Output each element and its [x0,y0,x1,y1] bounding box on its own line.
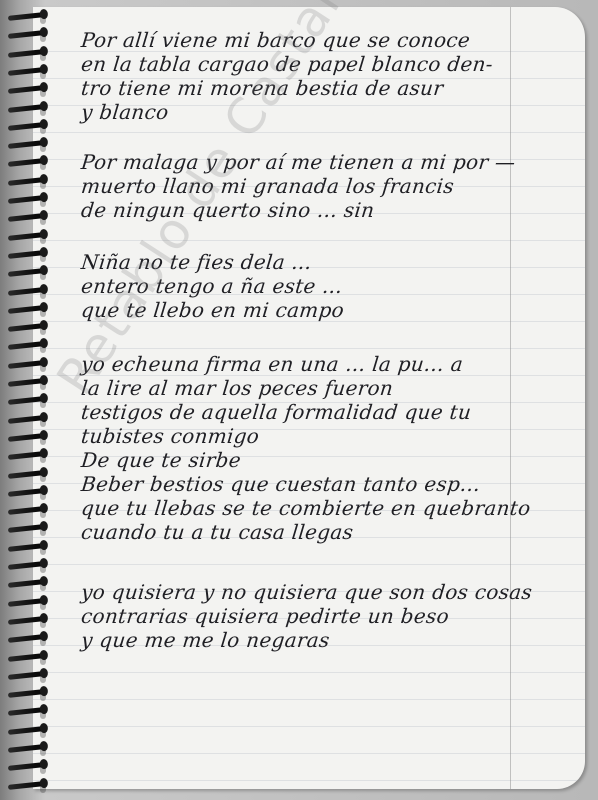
stanza: Niña no te fies dela ... entero tengo a … [80,250,580,322]
spiral-coil [8,708,44,717]
spiral-coil [8,104,44,113]
text-line: cuando tu a tu casa llegas [80,520,583,544]
text-line: testigos de aquella formalidad que tu [80,400,583,424]
spiral-coil [8,342,44,351]
text-line: Por malaga y por aí me tienen a mi por — [80,150,583,174]
spiral-coil [8,378,44,387]
spiral-binding [0,0,60,800]
text-line: yo quisiera y no quisiera que son dos co… [80,580,583,604]
spiral-coil [8,122,44,131]
spiral-coil [8,561,44,570]
spiral-coil [8,12,44,21]
spiral-coil [8,689,44,698]
text-line: De que te sirbe [80,448,583,472]
stanza: yo echeuna firma en una ... la pu... a l… [80,352,580,448]
spiral-coil [8,653,44,662]
text-line: tubistes conmigo [80,424,583,448]
spiral-coil [8,250,44,259]
text-line: contrarias quisiera pedirte un beso [80,604,583,628]
spiral-coil [8,287,44,296]
spiral-coil [8,726,44,735]
text-line: Beber bestios que cuestan tanto esp... [80,472,583,496]
spiral-coil [8,451,44,460]
spiral-coil [8,213,44,222]
text-line: Niña no te fies dela ... [80,250,583,274]
handwritten-text: Por allí viene mi barco que se conoce en… [80,28,580,652]
spiral-coil [8,195,44,204]
spiral-coil [8,85,44,94]
text-line: Por allí viene mi barco que se conoce [80,28,583,52]
spiral-coil [8,488,44,497]
text-line: tro tiene mi morena bestia de asur [80,76,583,100]
spiral-coil [8,177,44,186]
spiral-coil [8,396,44,405]
text-line: y que me me lo negaras [80,628,583,652]
spiral-coil [8,323,44,332]
spiral-coil [8,634,44,643]
spiral-coil [8,67,44,76]
spiral-coil [8,268,44,277]
spiral-coil [8,305,44,314]
spiral-coil [8,415,44,424]
text-line: muerto llano mi granada los francis [80,174,583,198]
spiral-coil [8,232,44,241]
spiral-coil [8,525,44,534]
stanza: De que te sirbe Beber bestios que cuesta… [80,448,580,544]
spiral-coil [8,616,44,625]
spiral-coil [8,49,44,58]
text-line: en la tabla cargao de papel blanco den- [80,52,583,76]
text-line: y blanco [80,100,583,124]
stanza: Por malaga y por aí me tienen a mi por —… [80,150,580,222]
spiral-coil [8,579,44,588]
stanza: Por allí viene mi barco que se conoce en… [80,28,580,124]
spiral-coil [8,360,44,369]
spiral-coil [8,159,44,168]
spiral-coil [8,671,44,680]
spiral-coil [8,470,44,479]
spiral-coil [8,781,44,790]
text-line: yo echeuna firma en una ... la pu... a [80,352,583,376]
spiral-coil [8,30,44,39]
spiral-coil [8,598,44,607]
spiral-coil [8,744,44,753]
spiral-coil [8,543,44,552]
stanza: yo quisiera y no quisiera que son dos co… [80,580,580,652]
spiral-coil [8,506,44,515]
text-line: la lire al mar los peces fueron [80,376,583,400]
text-line: que te llebo en mi campo [80,298,583,322]
text-line: de ningun querto sino ... sin [80,198,583,222]
spiral-coil [8,433,44,442]
text-line: que tu llebas se te combierte en quebran… [80,496,583,520]
text-line: entero tengo a ña este ... [80,274,583,298]
spiral-coil [8,762,44,771]
spiral-coil [8,140,44,149]
